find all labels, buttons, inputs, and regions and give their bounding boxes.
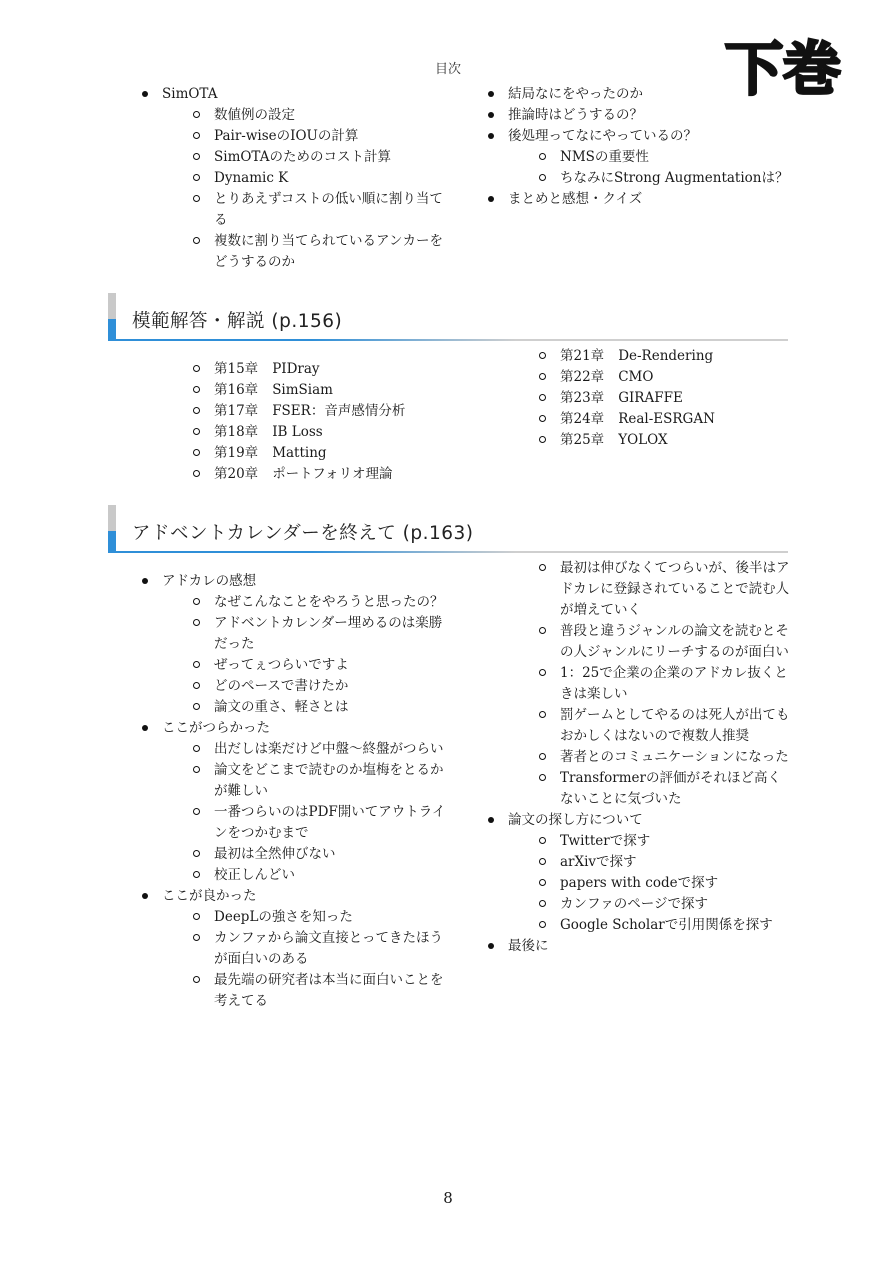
answers-right: 第21章De-Rendering 第22章CMO 第23章GIRAFFE 第24… (539, 346, 819, 451)
toc-subitem[interactable]: 数値例の設定 (137, 105, 447, 126)
heading-bar-accent (108, 319, 116, 341)
chapter-item[interactable]: 第25章YOLOX (539, 430, 819, 451)
toc-subitem[interactable]: 普段と違うジャンルの論文を読むとその人ジャンルにリーチするのが面白い (483, 621, 793, 663)
toc-item[interactable]: SimOTA (137, 84, 447, 105)
section-heading-answers: 模範解答・解説 (p.156) (108, 293, 788, 341)
toc-subitem[interactable]: ぜってぇつらいですよ (137, 655, 447, 676)
chapter-item[interactable]: 第21章De-Rendering (539, 346, 819, 367)
heading-bar (108, 505, 116, 531)
section-heading-advent: アドベントカレンダーを終えて (p.163) (108, 505, 788, 553)
chapter-item[interactable]: 第18章IB Loss (137, 422, 467, 443)
chapter-item[interactable]: 第17章FSER：音声感情分析 (137, 401, 467, 422)
toc-subitem[interactable]: arXivで探す (483, 852, 793, 873)
toc-subitem[interactable]: 最先端の研究者は本当に面白いことを考えてる (137, 970, 447, 1012)
toc-subitem[interactable]: アドベントカレンダー埋めるのは楽勝だった (137, 613, 447, 655)
toc-subitem[interactable]: Dynamic K (137, 168, 447, 189)
toc-subitem[interactable]: NMSの重要性 (483, 147, 803, 168)
toc-subitem[interactable]: 著者とのコミュニケーションになった (483, 747, 793, 768)
toc-subitem[interactable]: papers with codeで探す (483, 873, 793, 894)
chapter-item[interactable]: 第19章Matting (137, 443, 467, 464)
advent-left: アドカレの感想 なぜこんなことをやろうと思ったの？ アドベントカレンダー埋めるの… (137, 571, 447, 1012)
toc-subitem[interactable]: 論文の重さ、軽さとは (137, 697, 447, 718)
section-title[interactable]: 模範解答・解説 (p.156) (132, 307, 342, 333)
answers-left: 第15章PIDray 第16章SimSiam 第17章FSER：音声感情分析 第… (137, 359, 467, 485)
toc-item[interactable]: ここがつらかった (137, 718, 447, 739)
toc-item[interactable]: 最後に (483, 936, 793, 957)
toc-subitem[interactable]: 複数に割り当てられているアンカーをどうするのか (137, 231, 447, 273)
chapter-item[interactable]: 第15章PIDray (137, 359, 467, 380)
toc-subitem[interactable]: どのペースで書けたか (137, 676, 447, 697)
toc-item[interactable]: 後処理ってなにやっているの？ (483, 126, 803, 147)
heading-underline (108, 551, 788, 553)
toc-subitem[interactable]: カンファのページで探す (483, 894, 793, 915)
toc-subitem[interactable]: 一番つらいのはPDF開いてアウトラインをつかむまで (137, 802, 447, 844)
toc-top-left: SimOTA 数値例の設定 Pair-wiseのIOUの計算 SimOTAのため… (137, 84, 447, 273)
toc-subitem[interactable]: 出だしは楽だけど中盤〜終盤がつらい (137, 739, 447, 760)
toc-top-right: 結局なにをやったのか 推論時はどうするの？ 後処理ってなにやっているの？ NMS… (483, 84, 803, 210)
toc-subitem[interactable]: 1：25で企業の企業のアドカレ抜くときは楽しい (483, 663, 793, 705)
page-number: 8 (0, 1189, 896, 1207)
toc-subitem[interactable]: ちなみにStrong Augmentationは？ (483, 168, 803, 189)
toc-subitem[interactable]: Twitterで探す (483, 831, 793, 852)
toc-subitem[interactable]: Pair-wiseのIOUの計算 (137, 126, 447, 147)
heading-bar-accent (108, 531, 116, 553)
toc-subitem[interactable]: 最初は伸びなくてつらいが、後半はアドカレに登録されていることで読む人が増えていく (483, 558, 793, 621)
toc-subitem[interactable]: 校正しんどい (137, 865, 447, 886)
chapter-item[interactable]: 第22章CMO (539, 367, 819, 388)
chapter-item[interactable]: 第24章Real-ESRGAN (539, 409, 819, 430)
chapter-item[interactable]: 第20章ポートフォリオ理論 (137, 464, 467, 485)
toc-subitem[interactable]: DeepLの強さを知った (137, 907, 447, 928)
toc-subitem[interactable]: カンファから論文直接とってきたほうが面白いのある (137, 928, 447, 970)
toc-subitem[interactable]: なぜこんなことをやろうと思ったの？ (137, 592, 447, 613)
toc-subitem[interactable]: とりあえずコストの低い順に割り当てる (137, 189, 447, 231)
toc-subitem[interactable]: Transformerの評価がそれほど高くないことに気づいた (483, 768, 793, 810)
toc-subitem[interactable]: SimOTAのためのコスト計算 (137, 147, 447, 168)
toc-item[interactable]: まとめと感想・クイズ (483, 189, 803, 210)
advent-right: 最初は伸びなくてつらいが、後半はアドカレに登録されていることで読む人が増えていく… (483, 558, 793, 957)
toc-item[interactable]: アドカレの感想 (137, 571, 447, 592)
section-title[interactable]: アドベントカレンダーを終えて (p.163) (132, 519, 474, 545)
toc-subitem[interactable]: Google Scholarで引用関係を探す (483, 915, 793, 936)
heading-bar (108, 293, 116, 319)
chapter-item[interactable]: 第23章GIRAFFE (539, 388, 819, 409)
chapter-item[interactable]: 第16章SimSiam (137, 380, 467, 401)
toc-item[interactable]: 結局なにをやったのか (483, 84, 803, 105)
toc-subitem[interactable]: 罰ゲームとしてやるのは死人が出てもおかしくはないので複数人推奨 (483, 705, 793, 747)
toc-subitem[interactable]: 最初は全然伸びない (137, 844, 447, 865)
toc-subitem[interactable]: 論文をどこまで読むのか塩梅をとるかが難しい (137, 760, 447, 802)
toc-item[interactable]: 論文の探し方について (483, 810, 793, 831)
heading-underline (108, 339, 788, 341)
toc-item[interactable]: 推論時はどうするの？ (483, 105, 803, 126)
toc-item[interactable]: ここが良かった (137, 886, 447, 907)
